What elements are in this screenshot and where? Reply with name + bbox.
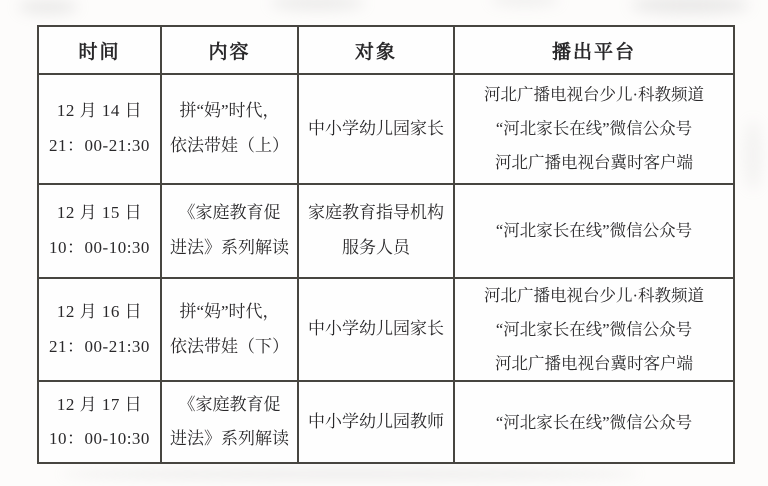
content-line: 拼“妈”时代， (164, 94, 295, 129)
audience-line: 中小学幼儿园家长 (301, 312, 451, 347)
cell-platform: 河北广播电视台少儿·科教频道 “河北家长在线”微信公众号 河北广播电视台冀时客户… (454, 74, 734, 184)
cell-time: 12 月 17 日 10：00-10:30 (38, 381, 161, 463)
scan-smudge (490, 0, 560, 6)
time-range: 10：00-10:30 (41, 231, 158, 266)
content-line: 依法带娃（上） (164, 129, 295, 164)
table-row: 12 月 17 日 10：00-10:30 《家庭教育促 进法》系列解读 中小学… (38, 381, 734, 463)
platform-line: “河北家长在线”微信公众号 (457, 406, 731, 440)
audience-line: 家庭教育指导机构 (301, 196, 451, 231)
cell-content: 拼“妈”时代， 依法带娃（上） (161, 74, 298, 184)
time-date: 12 月 15 日 (41, 196, 158, 231)
platform-line: 河北广播电视台少儿·科教频道 (457, 78, 731, 112)
cell-platform: “河北家长在线”微信公众号 (454, 381, 734, 463)
cell-time: 12 月 15 日 10：00-10:30 (38, 184, 161, 278)
content-line: 《家庭教育促 (164, 388, 295, 423)
time-date: 12 月 16 日 (41, 295, 158, 330)
col-header-time: 时间 (38, 26, 161, 74)
platform-line: “河北家长在线”微信公众号 (457, 112, 731, 146)
cell-content: 《家庭教育促 进法》系列解读 (161, 381, 298, 463)
cell-platform: “河北家长在线”微信公众号 (454, 184, 734, 278)
cell-audience: 中小学幼儿园家长 (298, 278, 454, 381)
cell-content: 《家庭教育促 进法》系列解读 (161, 184, 298, 278)
content-line: 进法》系列解读 (164, 231, 295, 266)
content-line: 《家庭教育促 (164, 196, 295, 231)
table-row: 12 月 15 日 10：00-10:30 《家庭教育促 进法》系列解读 家庭教… (38, 184, 734, 278)
content-line: 进法》系列解读 (164, 422, 295, 457)
time-range: 10：00-10:30 (41, 422, 158, 457)
col-header-audience: 对象 (298, 26, 454, 74)
platform-line: 河北广播电视台冀时客户端 (457, 347, 731, 381)
audience-line: 服务人员 (301, 231, 451, 266)
cell-platform: 河北广播电视台少儿·科教频道 “河北家长在线”微信公众号 河北广播电视台冀时客户… (454, 278, 734, 381)
content-line: 依法带娃（下） (164, 330, 295, 365)
broadcast-schedule-table: 时间 内容 对象 播出平台 12 月 14 日 21：00-21:30 拼“妈”… (37, 25, 735, 464)
audience-line: 中小学幼儿园家长 (301, 112, 451, 147)
content-line: 拼“妈”时代， (164, 295, 295, 330)
cell-time: 12 月 14 日 21：00-21:30 (38, 74, 161, 184)
scan-smudge (60, 468, 640, 480)
platform-line: “河北家长在线”微信公众号 (457, 313, 731, 347)
cell-content: 拼“妈”时代， 依法带娃（下） (161, 278, 298, 381)
scanned-document-page: 时间 内容 对象 播出平台 12 月 14 日 21：00-21:30 拼“妈”… (0, 0, 768, 486)
table-row: 12 月 14 日 21：00-21:30 拼“妈”时代， 依法带娃（上） 中小… (38, 74, 734, 184)
scan-smudge (630, 0, 750, 14)
platform-line: 河北广播电视台少儿·科教频道 (457, 279, 731, 313)
platform-line: 河北广播电视台冀时客户端 (457, 146, 731, 180)
platform-line: “河北家长在线”微信公众号 (457, 214, 731, 248)
scan-smudge (744, 120, 762, 190)
cell-audience: 中小学幼儿园家长 (298, 74, 454, 184)
scan-smudge (18, 0, 78, 14)
time-range: 21：00-21:30 (41, 330, 158, 365)
cell-time: 12 月 16 日 21：00-21:30 (38, 278, 161, 381)
scan-smudge (270, 0, 365, 10)
cell-audience: 家庭教育指导机构 服务人员 (298, 184, 454, 278)
table-row: 12 月 16 日 21：00-21:30 拼“妈”时代， 依法带娃（下） 中小… (38, 278, 734, 381)
audience-line: 中小学幼儿园教师 (301, 405, 451, 440)
time-date: 12 月 17 日 (41, 388, 158, 423)
cell-audience: 中小学幼儿园教师 (298, 381, 454, 463)
time-date: 12 月 14 日 (41, 94, 158, 129)
header-row: 时间 内容 对象 播出平台 (38, 26, 734, 74)
time-range: 21：00-21:30 (41, 129, 158, 164)
col-header-platform: 播出平台 (454, 26, 734, 74)
col-header-content: 内容 (161, 26, 298, 74)
